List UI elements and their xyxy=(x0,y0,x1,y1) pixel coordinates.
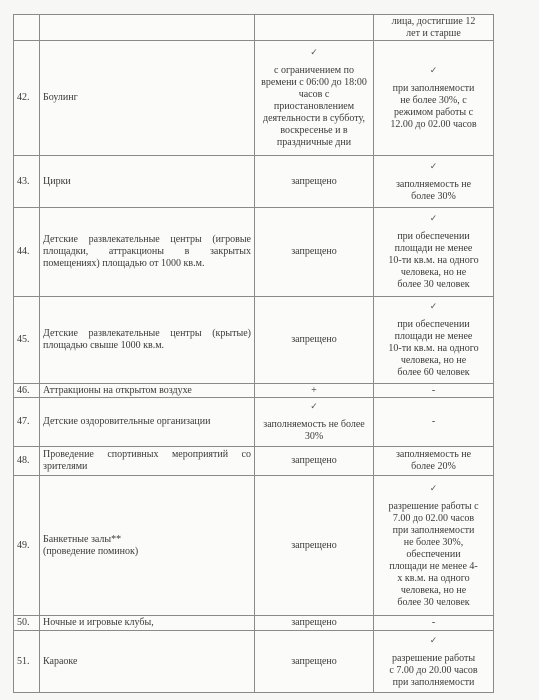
row-number: 50. xyxy=(14,616,40,631)
condition-cell: лица, достигшие 12 лет и старше xyxy=(374,15,494,41)
row-number xyxy=(14,15,40,41)
table-row: 50. Ночные и игровые клубы, запрещено - xyxy=(14,616,494,631)
row-number: 43. xyxy=(14,156,40,208)
table-row: 42. Боулинг ✓с ограничением по времени с… xyxy=(14,41,494,156)
restriction-cell xyxy=(255,15,374,41)
checkmark-icon: ✓ xyxy=(377,635,490,645)
condition-cell: ✓заполняемость не более 30% xyxy=(374,156,494,208)
restriction-cell: запрещено xyxy=(255,616,374,631)
activity-name: Детские развлекательные центры (крытые) … xyxy=(40,297,255,384)
condition-cell: ✓разрешение работы с 7.00 до 02.00 часов… xyxy=(374,476,494,616)
row-number: 49. xyxy=(14,476,40,616)
activity-name: Проведение спортивных мероприятий со зри… xyxy=(40,447,255,476)
condition-cell: заполняемость не более 20% xyxy=(374,447,494,476)
condition-cell: ✓при заполняемости не более 30%, с режим… xyxy=(374,41,494,156)
activity-name: Аттракционы на открытом воздухе xyxy=(40,384,255,398)
table-row: 43. Цирки запрещено ✓заполняемость не бо… xyxy=(14,156,494,208)
table-row: 51. Караоке запрещено ✓разрешение работы… xyxy=(14,631,494,693)
restriction-cell: запрещено xyxy=(255,631,374,693)
restriction-cell: запрещено xyxy=(255,447,374,476)
row-number: 46. xyxy=(14,384,40,398)
row-number: 47. xyxy=(14,398,40,447)
table-row: 48. Проведение спортивных мероприятий со… xyxy=(14,447,494,476)
checkmark-icon: ✓ xyxy=(258,47,370,57)
condition-cell: - xyxy=(374,384,494,398)
condition-cell: - xyxy=(374,398,494,447)
table-row: 46. Аттракционы на открытом воздухе + - xyxy=(14,384,494,398)
table-row: 45. Детские развлекательные центры (крыт… xyxy=(14,297,494,384)
restriction-cell: запрещено xyxy=(255,297,374,384)
activity-name: Детские развлекательные центры (игровые … xyxy=(40,208,255,297)
row-number: 48. xyxy=(14,447,40,476)
checkmark-icon: ✓ xyxy=(258,401,370,411)
activity-name: Ночные и игровые клубы, xyxy=(40,616,255,631)
checkmark-icon: ✓ xyxy=(377,483,490,493)
restriction-cell: ✓с ограничением по времени с 06:00 до 18… xyxy=(255,41,374,156)
checkmark-icon: ✓ xyxy=(377,301,490,311)
table-row: 44. Детские развлекательные центры (игро… xyxy=(14,208,494,297)
table-row: лица, достигшие 12 лет и старше xyxy=(14,15,494,41)
condition-cell: - xyxy=(374,616,494,631)
activity-name: Цирки xyxy=(40,156,255,208)
restriction-cell: ✓заполняемость не более 30% xyxy=(255,398,374,447)
row-number: 44. xyxy=(14,208,40,297)
checkmark-icon: ✓ xyxy=(377,213,490,223)
row-number: 45. xyxy=(14,297,40,384)
row-number: 42. xyxy=(14,41,40,156)
activity-name: Боулинг xyxy=(40,41,255,156)
table-row: 49. Банкетные залы** (проведение поминок… xyxy=(14,476,494,616)
restriction-cell: запрещено xyxy=(255,208,374,297)
row-number: 51. xyxy=(14,631,40,693)
checkmark-icon: ✓ xyxy=(377,161,490,171)
activity-name: Караоке xyxy=(40,631,255,693)
activity-name xyxy=(40,15,255,41)
checkmark-icon: ✓ xyxy=(377,65,490,75)
table-row: 47. Детские оздоровительные организации … xyxy=(14,398,494,447)
condition-cell: ✓при обеспечении площади не менее 10-ти … xyxy=(374,297,494,384)
restriction-cell: запрещено xyxy=(255,476,374,616)
restriction-cell: + xyxy=(255,384,374,398)
condition-cell: ✓разрешение работы с 7.00 до 20.00 часов… xyxy=(374,631,494,693)
condition-cell: ✓при обеспечении площади не менее 10-ти … xyxy=(374,208,494,297)
restriction-cell: запрещено xyxy=(255,156,374,208)
activity-name: Банкетные залы** (проведение поминок) xyxy=(40,476,255,616)
activity-name: Детские оздоровительные организации xyxy=(40,398,255,447)
restrictions-table: лица, достигшие 12 лет и старше 42. Боул… xyxy=(13,14,494,693)
